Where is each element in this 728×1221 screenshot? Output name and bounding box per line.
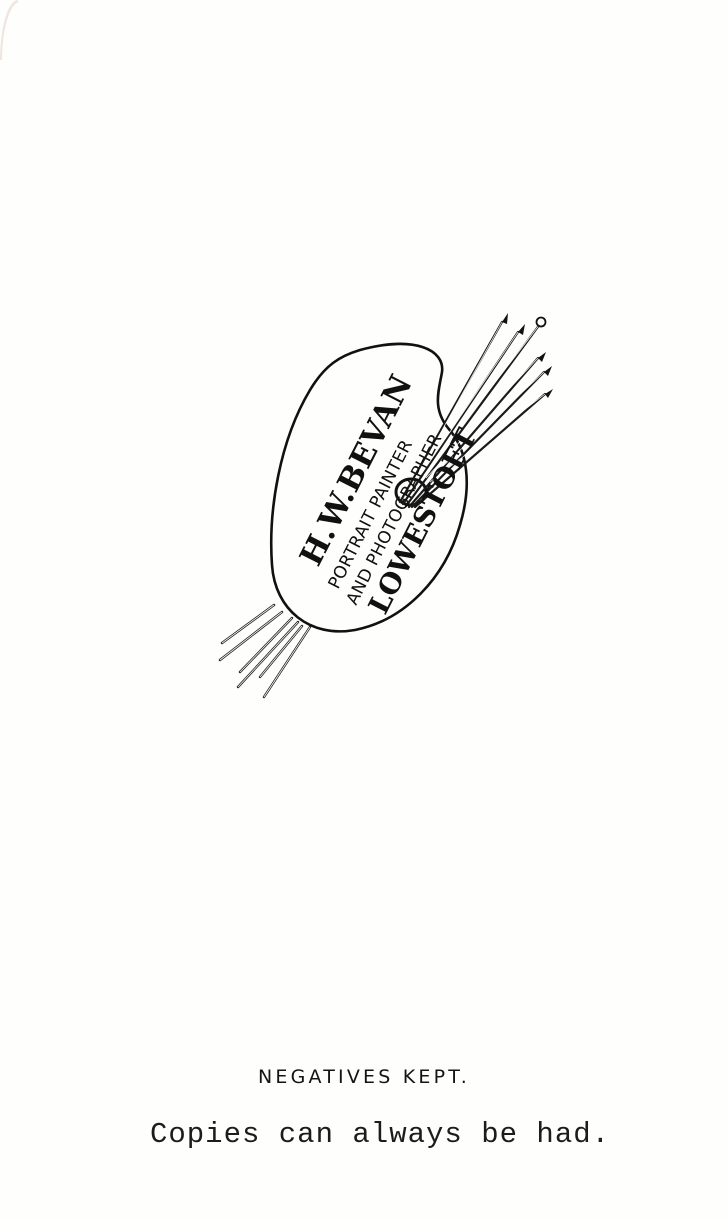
copies-notice: Copies can always be had. <box>0 1118 728 1151</box>
negatives-kept-notice: NEGATIVES KEPT. <box>0 1066 728 1088</box>
palette-icon: H.W.BEVAN PORTRAIT PAINTER AND PHOTOGRAP… <box>210 310 560 710</box>
palette-emblem: H.W.BEVAN PORTRAIT PAINTER AND PHOTOGRAP… <box>210 310 560 710</box>
photo-card-back: H.W.BEVAN PORTRAIT PAINTER AND PHOTOGRAP… <box>0 0 728 1221</box>
brush-handles-icon <box>220 605 310 697</box>
card-corner-edge <box>0 0 18 60</box>
